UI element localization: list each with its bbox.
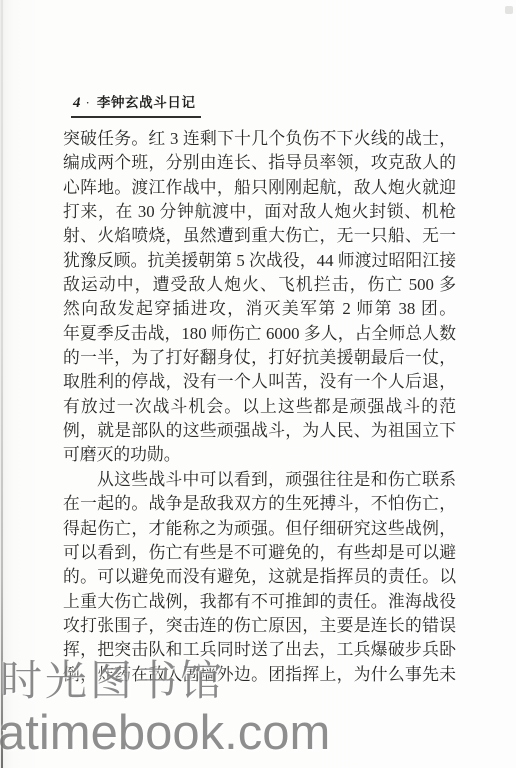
text-line: 的一半，为了打好翻身仗，打好抗美援朝最后一仗，争 [63, 346, 456, 370]
text-line: 可磨灭的功勋。 [63, 443, 456, 467]
text-line: 有放过一次战斗机会。以上这些都是顽强战斗的范 [63, 395, 456, 419]
book-title: 李钟玄战斗日记 [97, 95, 196, 110]
text-line: 在一起的。战争是敌我双方的生死搏斗，不怕伤亡，经 [63, 492, 456, 516]
text-line: 取胜利的停战，没有一个人叫苦，没有一个人后退，没 [63, 370, 456, 394]
text-line: 年夏季反击战，180 师伤亡 6000 多人，占全师总人数 [63, 322, 456, 346]
header-separator-dot: · [86, 95, 90, 110]
text-line: 心阵地。渡江作战中，船只刚刚起航，敌人炮火就迎头 [63, 176, 456, 200]
text-line: 编成两个班，分别由连长、指导员率领，攻克敌人的核 [63, 151, 456, 175]
scanned-book-page: 4·李钟玄战斗日记 突破任务。红 3 连剩下十几个负伤不下火线的战士，编成两个班… [0, 0, 516, 768]
body-text-block: 突破任务。红 3 连剩下十几个负伤不下火线的战士，编成两个班，分别由连长、指导员… [63, 127, 456, 687]
watermark-site-url: atimebook.com [0, 708, 330, 759]
text-line: 上重大伤亡战例，我都有不可推卸的责任。淮海战役 [63, 590, 456, 614]
text-line: 例，就是部队的这些顽强战斗，为人民、为祖国立下不 [63, 419, 456, 443]
text-line: 从这些战斗中可以看到，顽强往往是和伤亡联系 [63, 468, 456, 492]
running-head: 4·李钟玄战斗日记 [71, 91, 201, 118]
text-line: 犹豫反顾。抗美援朝第 5 次战役，44 师渡过昭阳江接 [63, 249, 456, 273]
page-left-edge-shadow [1, 0, 3, 768]
text-line: 射、火焰喷烧，虽然遭到重大伤亡，无一只船、无一个人 [63, 224, 456, 248]
text-line: 的。可以避免而没有避免，这就是指挥员的责任。以 [63, 565, 456, 589]
text-line: 可以看到，伤亡有些是不可避免的，有些却是可以避免 [63, 541, 456, 565]
watermark-site-name: 时光图书馆 [0, 656, 225, 706]
text-line: 然向敌发起穿插进攻，消灭美军第 2 师第 38 团。1953 [63, 297, 456, 321]
scan-artifact-speck [505, 6, 513, 14]
text-line: 打来，在 30 分钟航渡中，面对敌人炮火封锁、机枪扫 [63, 200, 456, 224]
text-line: 攻打张围子，突击连的伤亡原因，主要是连长的错误指 [63, 614, 456, 638]
text-line: 突破任务。红 3 连剩下十几个负伤不下火线的战士， [63, 127, 456, 151]
page-number: 4 [73, 95, 81, 111]
text-line: 得起伤亡，才能称之为顽强。但仔细研究这些战例，就 [63, 517, 456, 541]
text-line: 敌运动中，遭受敌人炮火、飞机拦击，伤亡 500 多人，仍 [63, 273, 456, 297]
